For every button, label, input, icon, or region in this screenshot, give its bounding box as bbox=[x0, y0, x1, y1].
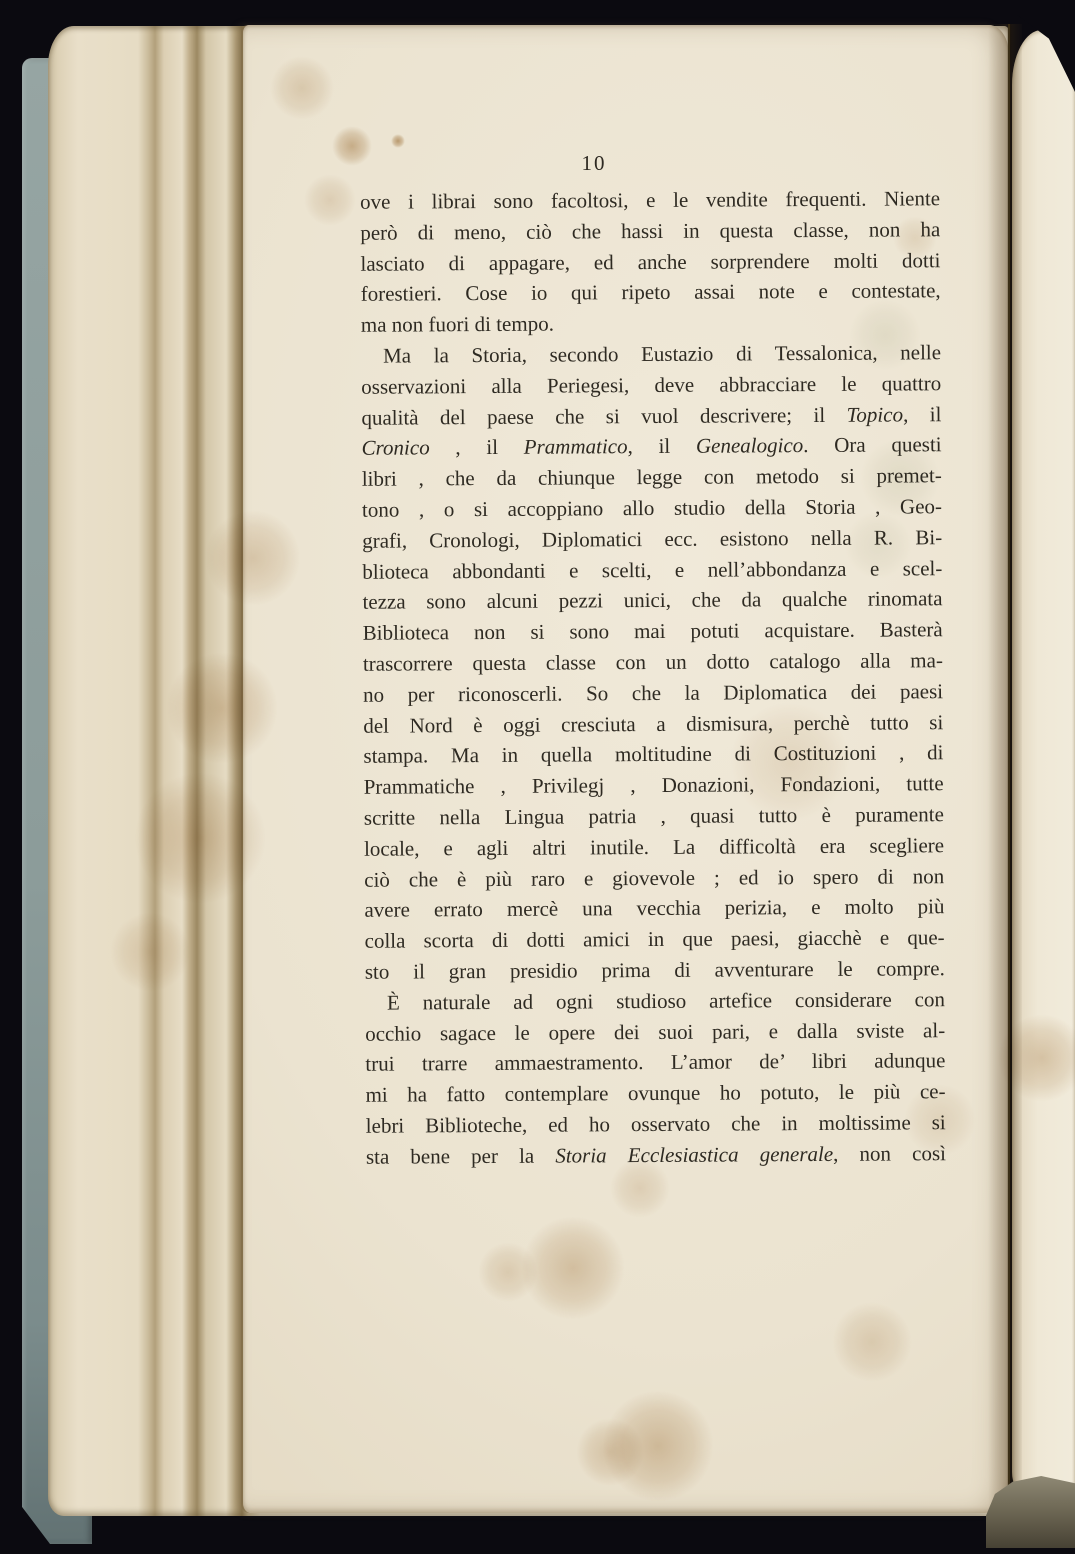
text-line: lasciato di appagare, ed anche sorprende… bbox=[360, 245, 940, 279]
text-line: blioteca abbondanti e scelti, e nell’abb… bbox=[362, 553, 942, 587]
text-line: Ma la Storia, secondo Eustazio di Tessal… bbox=[361, 337, 941, 371]
text-line: locale, e agli altri inutile. La diffico… bbox=[364, 830, 944, 864]
text: È naturale ad ogni studioso artefice con… bbox=[387, 987, 945, 1014]
text-line: lebri Biblioteche, ed ho osservato che i… bbox=[366, 1107, 946, 1141]
text: tono , o si accoppiano allo studio della… bbox=[362, 494, 942, 522]
text-line: tono , o si accoppiano allo studio della… bbox=[362, 491, 942, 525]
text: ove i librai sono facoltosi, e le vendit… bbox=[360, 186, 940, 214]
text: Ma la Storia, secondo Eustazio di Tessal… bbox=[383, 340, 941, 367]
italic-text: Cronico bbox=[362, 436, 430, 460]
text: però di meno, ciò che hassi in questa cl… bbox=[360, 217, 940, 245]
text: qualità del paese che si vuol descrivere… bbox=[361, 402, 846, 429]
facing-page-sliver bbox=[1012, 30, 1075, 1498]
text: trui trarre ammaestramento. L’amor de’ l… bbox=[365, 1049, 945, 1077]
text: ma non fuori di tempo. bbox=[361, 312, 554, 337]
book-page: 10 ove i librai sono facoltosi, e le ven… bbox=[243, 25, 1009, 1513]
text-block: ove i librai sono facoltosi, e le vendit… bbox=[360, 183, 946, 1172]
text-line: sto il gran presidio prima di avventurar… bbox=[365, 953, 945, 987]
text: locale, e agli altri inutile. La diffico… bbox=[364, 833, 944, 861]
text-line: ove i librai sono facoltosi, e le vendit… bbox=[360, 183, 940, 217]
italic-text: Genealogico bbox=[696, 433, 803, 458]
text-line: del Nord è oggi cresciuta a dismisura, p… bbox=[363, 707, 943, 741]
italic-text: Topico bbox=[847, 402, 904, 426]
text: , il bbox=[903, 402, 942, 426]
scanned-book-photo: 10 ove i librai sono facoltosi, e le ven… bbox=[0, 0, 1075, 1554]
text: osservazioni alla Periegesi, deve abbrac… bbox=[361, 371, 941, 399]
text-line: avere errato mercè una vecchia perizia, … bbox=[364, 892, 944, 926]
text: stampa. Ma in quella moltitudine di Cost… bbox=[363, 741, 943, 769]
text: scritte nella Lingua patria , quasi tutt… bbox=[364, 802, 944, 830]
text: sto il gran presidio prima di avventurar… bbox=[365, 956, 945, 984]
text-line: Cronico , il Prammatico, il Genealogico.… bbox=[362, 430, 942, 464]
text-line: ma non fuori di tempo. bbox=[361, 306, 941, 340]
text-line: tezza sono alcuni pezzi unici, che da qu… bbox=[362, 584, 942, 618]
text-line: trascorrere questa classe con un dotto c… bbox=[363, 645, 943, 679]
text: , il bbox=[628, 434, 697, 458]
text: no per riconoscerli. So che la Diplomati… bbox=[363, 679, 943, 707]
text: trascorrere questa classe con un dotto c… bbox=[363, 648, 943, 676]
text-line: grafi, Cronologi, Diplomatici ecc. esist… bbox=[362, 522, 942, 556]
text: blioteca abbondanti e scelti, e nell’abb… bbox=[362, 556, 942, 584]
text: , il bbox=[430, 435, 524, 460]
text: mi ha fatto contemplare ovunque ho potut… bbox=[365, 1079, 945, 1107]
text: sta bene per la bbox=[366, 1143, 556, 1168]
text-line: trui trarre ammaestramento. L’amor de’ l… bbox=[365, 1046, 945, 1080]
text: Biblioteca non si sono mai potuti acquis… bbox=[363, 617, 943, 645]
text-line: Prammatiche , Privilegj , Donazioni, Fon… bbox=[364, 768, 944, 802]
text: ciò che è più raro e giovevole ; ed io s… bbox=[364, 864, 944, 892]
text-line: osservazioni alla Periegesi, deve abbrac… bbox=[361, 368, 941, 402]
text-line: sta bene per la Storia Ecclesiastica gen… bbox=[366, 1138, 946, 1172]
text-line: ciò che è più raro e giovevole ; ed io s… bbox=[364, 861, 944, 895]
text: , non così bbox=[833, 1141, 946, 1166]
text-line: no per riconoscerli. So che la Diplomati… bbox=[363, 676, 943, 710]
text-line: colla scorta di dotti amici in que paesi… bbox=[365, 922, 945, 956]
text-line: occhio sagace le opere dei suoi pari, e … bbox=[365, 1015, 945, 1049]
text-line: scritte nella Lingua patria , quasi tutt… bbox=[364, 799, 944, 833]
text-line: Biblioteca non si sono mai potuti acquis… bbox=[363, 614, 943, 648]
italic-text: Storia Ecclesiastica generale bbox=[555, 1142, 833, 1168]
page-number: 10 bbox=[243, 151, 945, 176]
text: colla scorta di dotti amici in que paesi… bbox=[365, 925, 945, 953]
text-line: qualità del paese che si vuol descrivere… bbox=[361, 399, 941, 433]
text: Prammatiche , Privilegj , Donazioni, Fon… bbox=[364, 771, 944, 799]
italic-text: Prammatico bbox=[524, 435, 628, 460]
text-line: stampa. Ma in quella moltitudine di Cost… bbox=[363, 738, 943, 772]
text-line: È naturale ad ogni studioso artefice con… bbox=[365, 984, 945, 1018]
text-line: forestieri. Cose io qui ripeto assai not… bbox=[361, 276, 941, 310]
text: tezza sono alcuni pezzi unici, che da qu… bbox=[362, 587, 942, 615]
text-line: però di meno, ciò che hassi in questa cl… bbox=[360, 214, 940, 248]
text: forestieri. Cose io qui ripeto assai not… bbox=[361, 279, 941, 307]
text-line: mi ha fatto contemplare ovunque ho potut… bbox=[365, 1076, 945, 1110]
text: occhio sagace le opere dei suoi pari, e … bbox=[365, 1018, 945, 1046]
text-line: libri , che da chiunque legge con metodo… bbox=[362, 460, 942, 494]
text: del Nord è oggi cresciuta a dismisura, p… bbox=[363, 710, 943, 738]
text: libri , che da chiunque legge con metodo… bbox=[362, 463, 942, 491]
text: avere errato mercè una vecchia perizia, … bbox=[364, 895, 944, 923]
text: lasciato di appagare, ed anche sorprende… bbox=[360, 248, 940, 276]
text: . Ora questi bbox=[803, 433, 941, 458]
text: lebri Biblioteche, ed ho osservato che i… bbox=[366, 1110, 946, 1138]
text: grafi, Cronologi, Diplomatici ecc. esist… bbox=[362, 525, 942, 553]
